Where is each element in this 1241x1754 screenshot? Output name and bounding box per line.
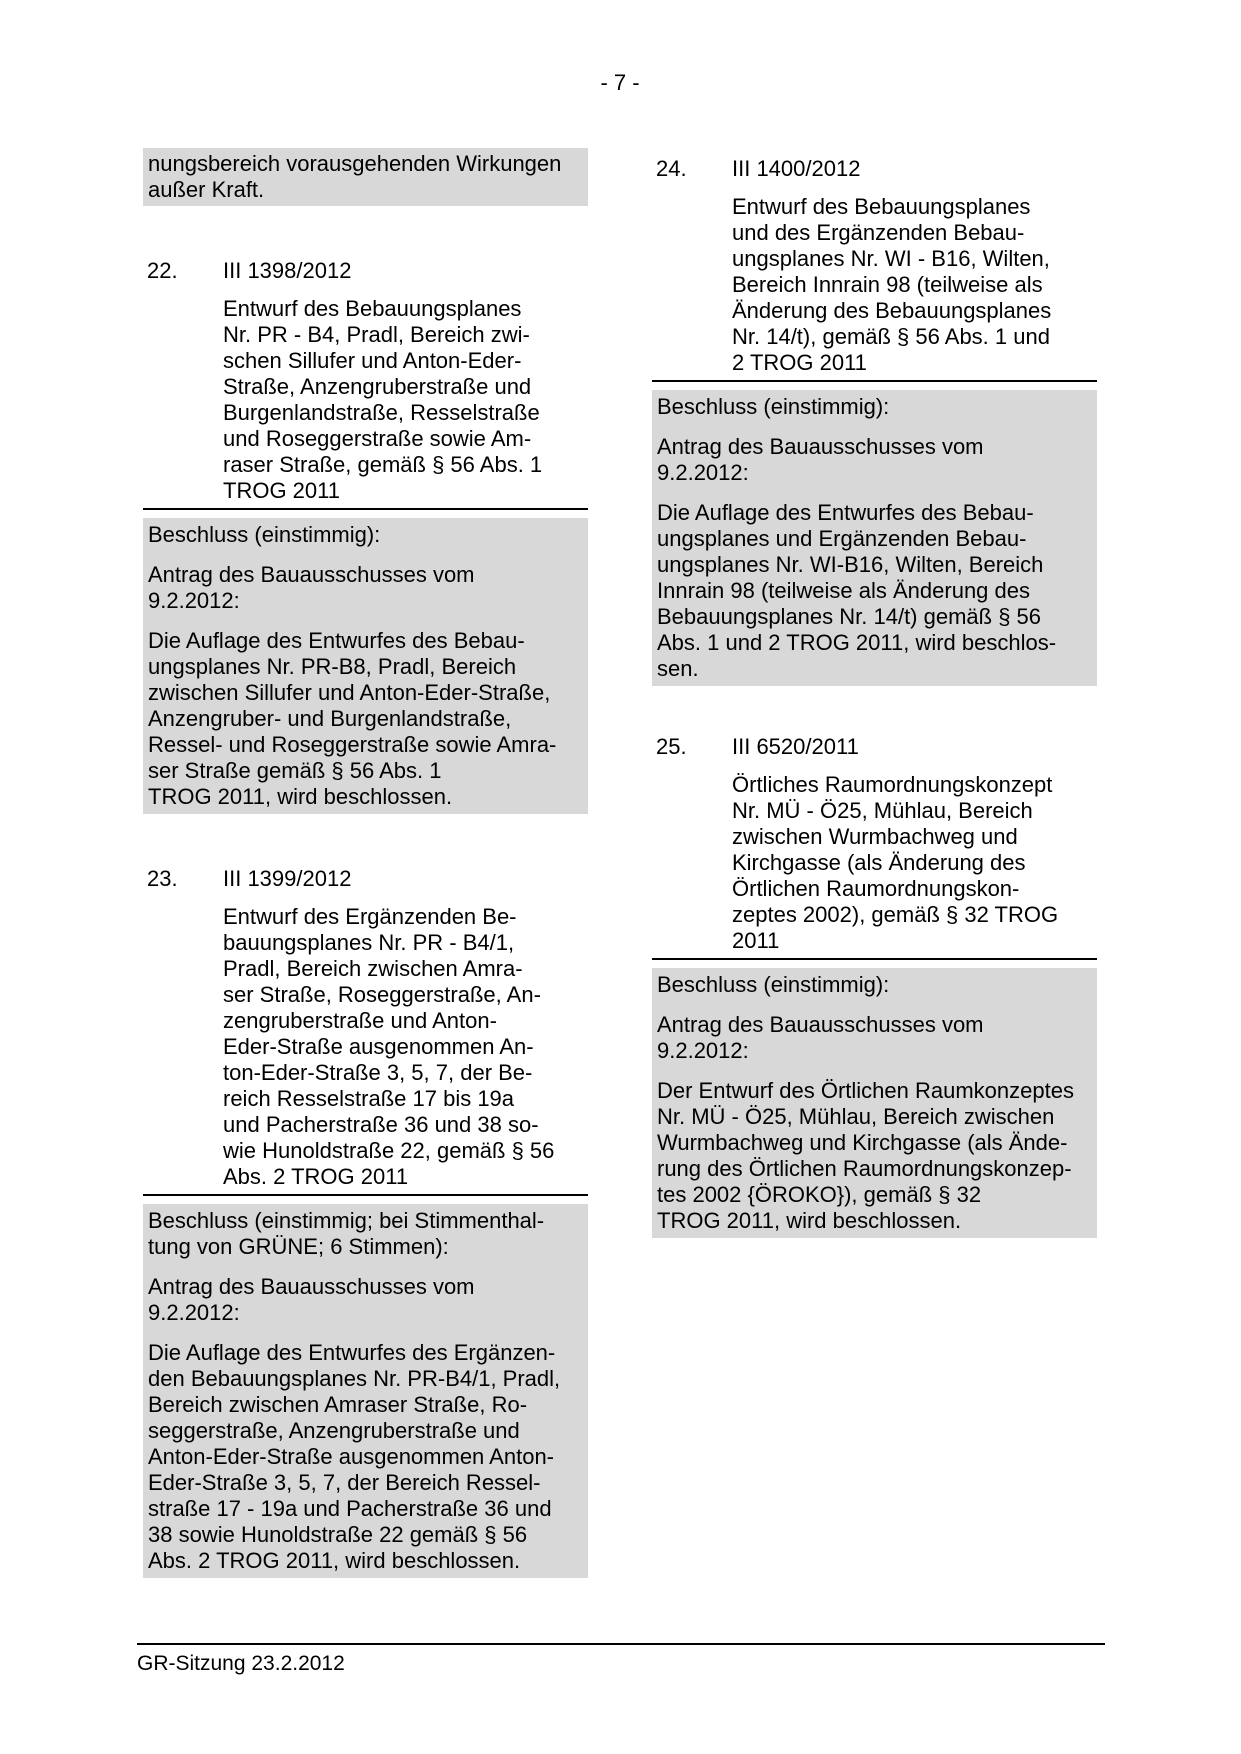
decision-divider (143, 1194, 588, 1196)
decision-heading: Beschluss (einstimmig): (148, 522, 583, 548)
decision-motion: Antrag des Bauausschusses vom 9.2.2012: (657, 1012, 1092, 1064)
item-number: 24. (656, 156, 732, 182)
decision-divider (652, 958, 1097, 960)
decision-heading: Beschluss (einstimmig): (657, 394, 1092, 420)
item-body: Entwurf des Bebauungsplanes Nr. PR - B4,… (223, 296, 588, 504)
item-number: 22. (147, 258, 223, 284)
decision-block: Beschluss (einstimmig): Antrag des Bauau… (143, 518, 588, 814)
item-reference: III 1398/2012 (223, 258, 351, 284)
column-right: 24. III 1400/2012 Entwurf des Bebauungsp… (652, 148, 1097, 1238)
agenda-item-24: 24. III 1400/2012 Entwurf des Bebauungsp… (652, 156, 1097, 686)
decision-divider (652, 380, 1097, 382)
decision-resolution: Die Auflage des Entwurfes des Bebau- ung… (657, 500, 1092, 682)
two-column-layout: nungsbereich vorausgehenden Wirkungen au… (143, 148, 1097, 1578)
item-reference: III 1400/2012 (732, 156, 860, 182)
document-page: - 7 - nungsbereich vorausgehenden Wirkun… (0, 0, 1241, 1754)
item-heading: 22. III 1398/2012 (143, 258, 588, 284)
page-number: - 7 - (143, 70, 1097, 96)
item-heading: 24. III 1400/2012 (652, 156, 1097, 182)
decision-block: Beschluss (einstimmig): Antrag des Bauau… (652, 968, 1097, 1238)
decision-motion: Antrag des Bauausschusses vom 9.2.2012: (657, 434, 1092, 486)
item-number: 25. (656, 734, 732, 760)
item-body: Örtliches Raumordnungskonzept Nr. MÜ - Ö… (732, 772, 1097, 954)
item-body: Entwurf des Ergänzenden Be- bauungsplane… (223, 904, 588, 1190)
item-reference: III 1399/2012 (223, 866, 351, 892)
decision-motion: Antrag des Bauausschusses vom 9.2.2012: (148, 562, 583, 614)
item-reference: III 6520/2011 (732, 734, 859, 760)
decision-resolution: Der Entwurf des Örtlichen Raumkonzeptes … (657, 1078, 1092, 1234)
item-heading: 23. III 1399/2012 (143, 866, 588, 892)
agenda-item-22: 22. III 1398/2012 Entwurf des Bebauungsp… (143, 258, 588, 814)
decision-heading: Beschluss (einstimmig; bei Stimmenthal- … (148, 1208, 583, 1260)
column-left: nungsbereich vorausgehenden Wirkungen au… (143, 148, 588, 1578)
decision-block: Beschluss (einstimmig; bei Stimmenthal- … (143, 1204, 588, 1578)
footer-text: GR-Sitzung 23.2.2012 (137, 1652, 345, 1675)
carryover-paragraph: nungsbereich vorausgehenden Wirkungen au… (143, 148, 588, 206)
decision-block: Beschluss (einstimmig): Antrag des Bauau… (652, 390, 1097, 686)
decision-resolution: Die Auflage des Entwurfes des Ergänzen- … (148, 1340, 583, 1574)
decision-heading: Beschluss (einstimmig): (657, 972, 1092, 998)
agenda-item-25: 25. III 6520/2011 Örtliches Raumordnungs… (652, 734, 1097, 1238)
item-body: Entwurf des Bebauungsplanes und des Ergä… (732, 194, 1097, 376)
decision-motion: Antrag des Bauausschusses vom 9.2.2012: (148, 1274, 583, 1326)
decision-divider (143, 508, 588, 510)
decision-resolution: Die Auflage des Entwurfes des Bebau- ung… (148, 628, 583, 810)
item-number: 23. (147, 866, 223, 892)
item-heading: 25. III 6520/2011 (652, 734, 1097, 760)
agenda-item-23: 23. III 1399/2012 Entwurf des Ergänzende… (143, 866, 588, 1578)
page-footer: GR-Sitzung 23.2.2012 (137, 1643, 1105, 1677)
